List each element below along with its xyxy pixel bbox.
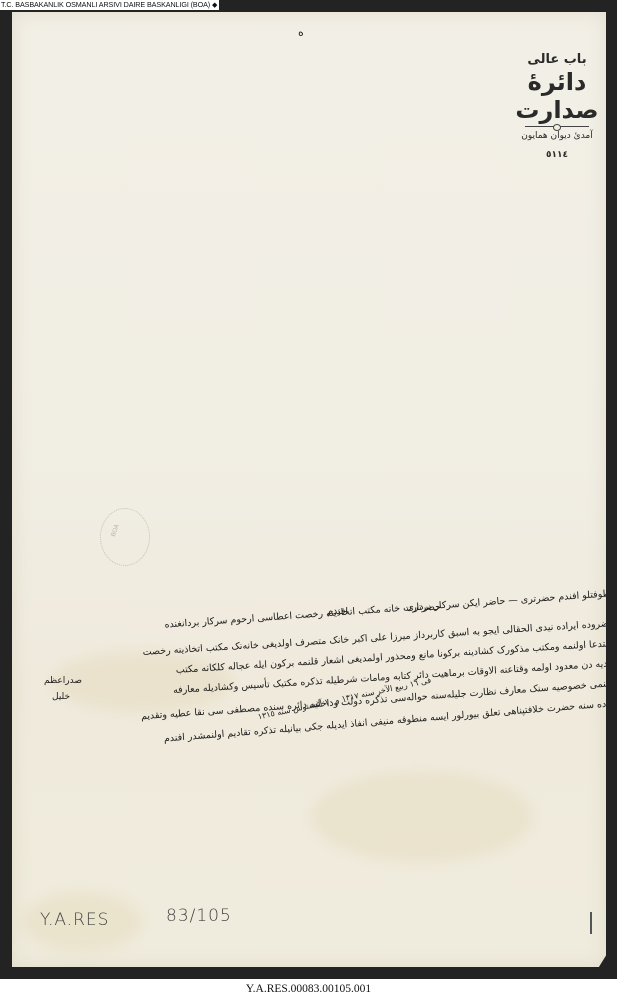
paper-stain [312, 772, 532, 862]
catalog-file-number: 83/105 [166, 906, 232, 926]
faded-archive-stamp: BOA [100, 508, 150, 566]
top-page-mark: ه [298, 26, 304, 39]
stamp-text: BOA [110, 523, 121, 537]
letterhead-tughra: باب عالی [507, 52, 607, 68]
archive-watermark-banner: T.C. BASBAKANLIK OSMANLI ARSIVI DAIRE BA… [0, 0, 219, 10]
letterhead-subtitle: آمدیٔ دیوان همایون [507, 130, 607, 142]
signature-name: خلیل [52, 692, 70, 702]
letterhead-title: دائرهٔ صدارت [507, 68, 607, 124]
document-reference-id: Y.A.RES.00083.00105.001 [0, 979, 617, 1000]
scan-frame: T.C. BASBAKANLIK OSMANLI ARSIVI DAIRE BA… [0, 0, 617, 979]
letterhead-divider [525, 126, 589, 127]
document-page: ه باب عالی دائرهٔ صدارت آمدیٔ دیوان همای… [12, 12, 606, 967]
manuscript-body: افندم حضرتری عطوفتلو افندم حضرتری — حاضر… [26, 600, 616, 740]
letterhead-document-number: ٥١١٤ [507, 148, 607, 162]
catalog-fond-code: Y.A.RES [40, 910, 109, 930]
letterhead-sadaret: باب عالی دائرهٔ صدارت آمدیٔ دیوان همایون… [507, 52, 607, 162]
signature-title: صدراعظم [44, 676, 82, 686]
page-number-mark [590, 912, 592, 934]
